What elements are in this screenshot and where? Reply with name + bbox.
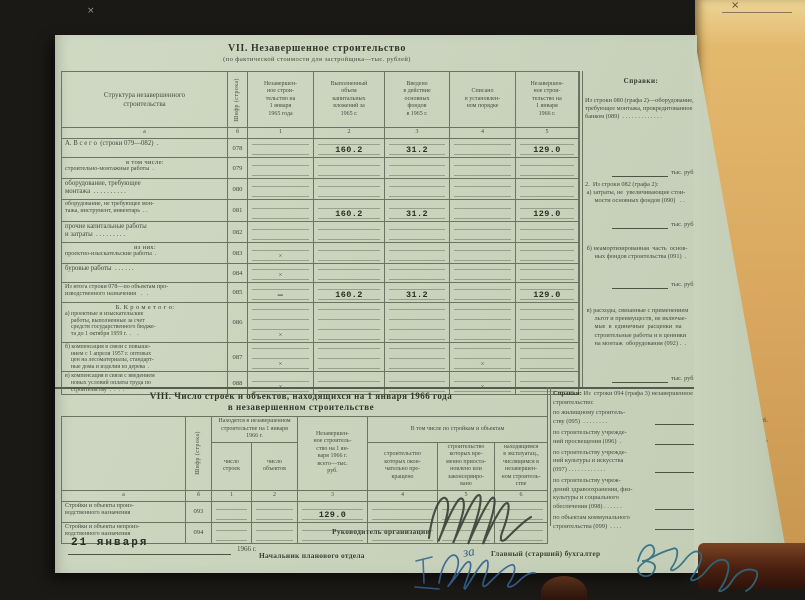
column-letter: 2 [314,128,385,139]
writing-lines [318,160,380,176]
fill-in-blank [612,375,668,383]
value-cell [516,243,579,264]
value-cell: 160.2 [314,200,385,222]
writing-lines [389,181,445,197]
column-letter: 3 [385,128,450,139]
row-label-cell: Из итога строки 078—по объектам про- изв… [62,283,228,303]
row-code: 082 [228,222,248,243]
section-divider-line [55,387,697,389]
row-code: 085 [228,283,248,303]
cell-value: 129.0 [533,145,561,157]
writing-lines [520,160,574,176]
value-cell [314,343,385,372]
fill-in-blank [612,169,668,177]
notes-unit-line: тыс. руб. [612,281,695,289]
notes-item: в) расходы, связанные с применением льго… [585,307,697,348]
value-cell [450,222,516,243]
value-cell [385,303,450,343]
value-cell [450,139,516,158]
writing-lines [252,224,309,240]
cell-value: × [279,252,283,262]
notes-unit-line: тыс. руб. [612,375,695,383]
value-cell [495,522,548,543]
row-label: оборудование, требующее монтажа . . . . … [65,180,225,196]
cell-value: 31.2 [406,145,428,157]
row-label-cell: оборудование, не требующее мон- тажа, ин… [62,200,228,222]
notes-item: Из строки 080 (графа 2)—оборудование, тр… [585,97,697,122]
col-header-c4: Списано в установлен- ном порядке [450,72,516,128]
writing-lines [252,141,309,155]
column-letter: 4 [450,128,516,139]
row-label: оборудование, не требующее мон- тажа, ин… [65,201,225,215]
section8-table: Шифр (строка) Находятся в незавершенном … [61,416,548,544]
col-header-in-operation: находящимся в эксплуатац., числящимся в … [495,442,548,490]
cell-value: 31.2 [406,290,428,302]
value-cell [438,501,495,522]
row-label: а) проектные и изыскательские работы, вы… [65,311,225,337]
writing-lines [499,504,543,520]
value-cell [314,158,385,179]
value-cell [252,501,298,522]
corner-pencil-line [722,12,792,13]
section7-table: Структура незавершенного строительства Ш… [61,71,579,395]
value-cell [248,222,314,243]
value-cell [385,158,450,179]
value-cell [516,158,579,179]
writing-lines [454,305,511,340]
value-cell: × [248,303,314,343]
value-cell [516,303,579,343]
writing-lines [389,345,445,369]
corner-x-mark-right: × [731,0,739,11]
notes7-title: Справки: [585,77,697,86]
value-cell [252,522,298,543]
value-cell: 129.0 [298,501,368,522]
table-row: Стройки и объекты произ- водственного на… [62,501,548,522]
row-code: 081 [228,200,248,222]
row-code: 086 [228,303,248,343]
value-cell [450,200,516,222]
notes-item-text: по строительству учрежде- ний культуры и… [553,449,655,474]
table-row: оборудование, требующее монтажа . . . . … [62,179,579,200]
col-header-total: Незавершен- ное строитель- ство на 1 ян-… [298,417,368,491]
col-header-c3: Введено в действие основных фондов в 196… [385,72,450,128]
writing-lines [442,525,490,541]
notes-item-text: по строительству учрежде- ний просвещени… [553,429,655,446]
value-cell [516,264,579,283]
notes-item-text: по строительству учреж- дений здравоохра… [553,477,655,511]
value-cell: 160.2 [314,283,385,303]
value-cell: — [248,283,314,303]
value-cell [314,264,385,283]
row-label: А. В с е г о (строки 079—082) . [65,140,225,148]
writing-lines [520,224,574,240]
table-row: прочие капитальные работы и затраты . . … [62,222,579,243]
writing-lines [252,181,309,197]
writing-lines [454,285,511,300]
value-cell [314,222,385,243]
value-cell [248,139,314,158]
cell-value: × [481,360,485,370]
row-label: строительно-монтажные работы . [65,166,225,173]
value-cell [450,243,516,264]
col-header-structure: Структура незавершенного строительства [62,72,228,128]
writing-lines [454,224,511,240]
writing-lines [216,504,247,520]
cell-value: 129.0 [533,290,561,302]
notes-item: 2. Из строки 082 (графа 2): а) затраты, … [585,181,697,206]
unit-label: тыс. руб. [671,169,695,177]
row-label-cell: в том числе:строительно-монтажные работы… [62,158,228,179]
row-code: 084 [228,264,248,283]
col-header-c2: Выполненный объем капитальных вложений з… [314,72,385,128]
form-page: VII. Незавершенное строительство (по фак… [55,35,697,573]
column-letter: 1 [212,490,252,501]
column-letter-row: аб123456 [62,490,548,501]
vertical-divider-section7 [579,71,583,387]
writing-lines [318,245,380,261]
book-edge-notch [541,576,587,600]
writing-lines [389,266,445,280]
writing-lines [216,525,247,541]
col-group-including: В том числе по стройкам и объектам [368,417,548,443]
value-cell [314,243,385,264]
value-cell [516,222,579,243]
table-row: А. В с е г о (строки 079—082) .078160.23… [62,139,579,158]
value-cell [385,179,450,200]
unit-label: тыс. руб. [671,221,695,229]
handwritten-za: за [462,543,476,560]
scanned-form-page: { "colors": { "page_bg": "#cbd4be", "pri… [0,0,805,600]
value-cell [385,243,450,264]
writing-lines [252,202,309,219]
writing-lines [252,160,309,176]
col-group-in-progress: Находятся в незавершенном строительстве … [212,417,298,443]
section7-subtitle: (по фактической стоимости для застройщик… [55,56,579,63]
value-cell: 129.0 [516,139,579,158]
value-cell [385,343,450,372]
row-code: 083 [228,243,248,264]
column-letter: 2 [252,490,298,501]
writing-lines [318,181,380,197]
row-label: проектно-изыскательские работы . [65,251,225,258]
value-cell [438,522,495,543]
col-header-code: Шифр (строка) [228,72,248,128]
section8-title-line2: в незавершенном строительстве [55,402,547,412]
value-cell: × [450,343,516,372]
director-label: Руководитель организации [332,527,430,536]
value-cell [516,343,579,372]
writing-lines [520,345,574,369]
writing-lines [454,181,511,197]
writing-lines [318,374,380,392]
value-cell: × [248,243,314,264]
fill-in-blank [612,281,668,289]
cell-value: 160.2 [335,145,363,157]
column-letter: 3 [298,490,368,501]
cell-value: × [279,331,283,341]
notes-item-text: по жилищному строитель- ству (095) . . .… [553,409,655,426]
corner-x-mark-left: × [87,6,95,16]
writing-lines [454,202,511,219]
value-cell [368,501,438,522]
value-cell: 31.2 [385,200,450,222]
value-cell [516,179,579,200]
notes-unit-line: тыс. руб. [612,221,695,229]
unit-label: тыс. руб. [671,375,695,383]
col-header-c5: Незавершен- ное строи- тельство на 1 янв… [516,72,579,128]
table-row: в том числе:строительно-монтажные работы… [62,158,579,179]
value-cell [248,179,314,200]
row-label: Из итога строки 078—по объектам про- изв… [65,284,225,298]
section8-title-line1: VIII. Число строек и объектов, находящих… [55,391,547,401]
column-letter: 5 [516,128,579,139]
row-code: 093 [186,501,212,522]
col-header-num-objects: число объектов [252,442,298,490]
row-label-cell: Б. К р о м е т о г о:а) проектные и изыс… [62,303,228,343]
row-label-cell: б) компенсация в связи с повыше- нием с … [62,343,228,372]
cell-value: 129.0 [533,209,561,221]
value-cell [314,179,385,200]
value-cell: × [248,264,314,283]
writing-lines [318,224,380,240]
column-letter-row: аб12345 [62,128,579,139]
table-row: Из итога строки 078—по объектам про- изв… [62,283,579,303]
row-label: Стройки и объекты непроиз- водственного … [65,524,183,538]
col-header-code8: Шифр (строка) [186,417,212,491]
section7-notes-panel: Справки: Из строки 080 (графа 2)—оборудо… [585,69,697,387]
column-letter: 4 [368,490,438,501]
notes-unit-line: тыс. руб. [612,169,695,177]
writing-lines [389,245,445,261]
row-label-cell: из них:проектно-изыскательские работы . [62,243,228,264]
col-header-stopped: строительство которых окон- чательно пре… [368,442,438,490]
row-subheading: Б. К р о м е т о г о: [65,304,225,311]
notes-item: б) неамортизированная часть основ- ных ф… [585,245,697,261]
row-label: буровые работы . . . . . . [65,265,225,273]
cell-value: 160.2 [335,209,363,221]
notes8-title: Справки: [553,390,582,397]
column-letter: 5 [438,490,495,501]
book-spine [698,543,805,589]
date-underline [68,554,231,555]
row-code: 080 [228,179,248,200]
row-code: 078 [228,139,248,158]
row-code: 079 [228,158,248,179]
value-cell: 129.0 [516,283,579,303]
writing-lines [454,266,511,280]
column-letter: а [62,490,186,501]
cell-value: 160.2 [335,290,363,302]
planning-head-label: Начальник планового отдела [259,551,365,560]
value-cell [212,522,252,543]
unit-label: тыс. руб. [671,281,695,289]
value-cell [314,303,385,343]
table-row: буровые работы . . . . . .084× [62,264,579,283]
col-header-c1: Незавершен- ное строи- тельство на 1 янв… [248,72,314,128]
row-code: 094 [186,522,212,543]
column-letter: 6 [495,490,548,501]
value-cell [212,501,252,522]
row-code: 087 [228,343,248,372]
table-row: Б. К р о м е т о г о:а) проектные и изыс… [62,303,579,343]
writing-lines [389,224,445,240]
writing-lines [318,305,380,340]
col-header-suspended: строительство которых вре- менно приоста… [438,442,495,490]
section7-title: VII. Незавершенное строительство [55,43,579,54]
writing-lines [520,245,574,261]
value-cell [450,283,516,303]
value-cell: 31.2 [385,283,450,303]
row-label: прочие капитальные работы и затраты . . … [65,223,225,239]
row-label: б) компенсация в связи с повыше- нием с … [65,344,225,370]
value-cell [450,264,516,283]
writing-lines [372,504,433,520]
writing-lines [499,525,543,541]
row-subheading: из них: [65,244,225,251]
vertical-divider-section8 [547,387,551,526]
column-letter: 1 [248,128,314,139]
col-header-blank [62,417,186,491]
cell-value: × [279,271,283,281]
value-cell: 31.2 [385,139,450,158]
writing-lines [256,525,293,541]
value-cell: 160.2 [314,139,385,158]
row-label-cell: оборудование, требующее монтажа . . . . … [62,179,228,200]
row-label-cell: А. В с е г о (строки 079—082) . [62,139,228,158]
row-label: Стройки и объекты произ- водственного на… [65,503,183,517]
row-label-cell: прочие капитальные работы и затраты . . … [62,222,228,243]
cell-value: 31.2 [406,209,428,221]
value-cell [450,303,516,343]
value-cell [450,179,516,200]
writing-lines [389,374,445,392]
writing-lines [454,141,511,155]
table-row: оборудование, не требующее мон- тажа, ин… [62,200,579,222]
writing-lines [442,504,490,520]
value-cell [450,158,516,179]
writing-lines [454,160,511,176]
value-cell [385,222,450,243]
row-label-cell: буровые работы . . . . . . [62,264,228,283]
row-subheading: в том числе: [65,159,225,166]
date-filled: 21 января [71,537,148,549]
fill-in-blank [612,221,668,229]
column-letter: б [186,490,212,501]
value-cell [248,200,314,222]
column-letter: б [228,128,248,139]
writing-lines [520,181,574,197]
value-cell [495,501,548,522]
writing-lines [256,504,293,520]
writing-lines [318,345,380,369]
writing-lines [520,305,574,340]
value-cell: 129.0 [516,200,579,222]
cell-value: × [279,360,283,370]
row-label-cell: Стройки и объекты произ- водственного на… [62,501,186,522]
value-cell [385,264,450,283]
notes-item-text: по объектам коммунального строительства … [553,514,655,531]
table-row: из них:проектно-изыскательские работы .0… [62,243,579,264]
writing-lines [520,266,574,280]
value-cell: × [248,343,314,372]
cell-value: 129.0 [319,510,347,522]
accountant-label: Главный (старший) бухгалтер [491,549,600,558]
date-year-label: 1966 г. [237,545,257,553]
table-row: б) компенсация в связи с повыше- нием с … [62,343,579,372]
writing-lines [454,245,511,261]
cell-value: — [278,290,284,302]
writing-lines [389,305,445,340]
col-header-num-sites: число строек [212,442,252,490]
value-cell [248,158,314,179]
writing-lines [389,160,445,176]
column-letter: а [62,128,228,139]
writing-lines [318,266,380,280]
